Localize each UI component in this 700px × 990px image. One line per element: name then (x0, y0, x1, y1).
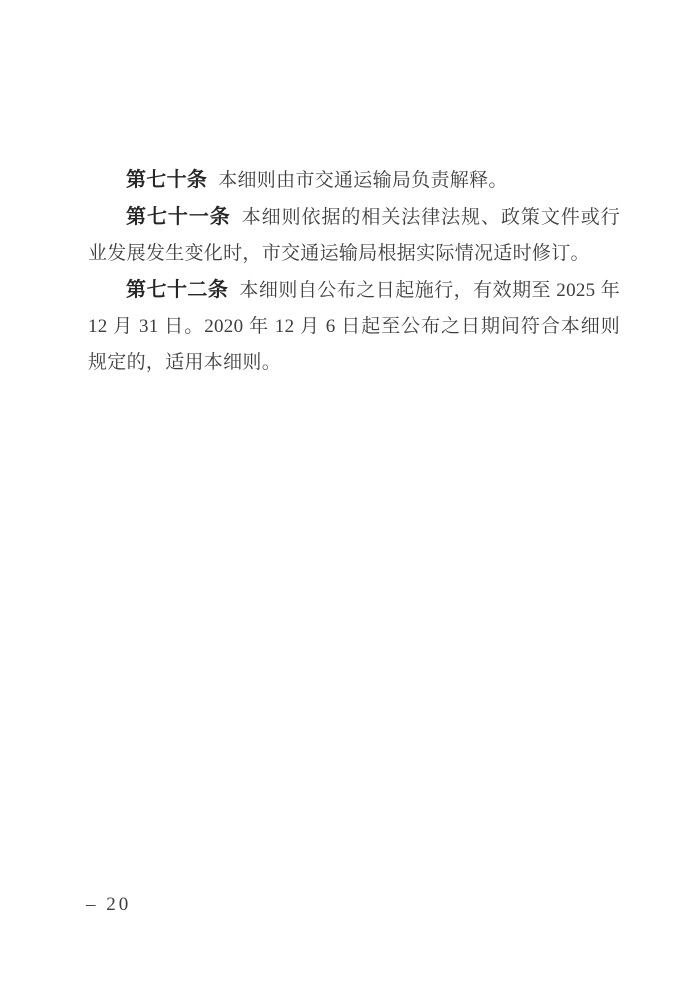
document-body: 第七十条本细则由市交通运输局负责解释。 第七十一条本细则依据的相关法律法规、政策… (88, 162, 620, 381)
article-72-paragraph: 第七十二条本细则自公布之日起施行，有效期至 2025 年 12 月 31 日。2… (88, 272, 620, 381)
page-number: – 20 (86, 893, 131, 917)
document-page: 第七十条本细则由市交通运输局负责解释。 第七十一条本细则依据的相关法律法规、政策… (0, 0, 700, 990)
article-70-text: 本细则由市交通运输局负责解释。 (218, 170, 508, 191)
article-71-number: 第七十一条 (126, 206, 231, 228)
article-70-paragraph: 第七十条本细则由市交通运输局负责解释。 (88, 162, 620, 199)
article-70-number: 第七十条 (126, 169, 207, 191)
article-71-paragraph: 第七十一条本细则依据的相关法律法规、政策文件或行业发展发生变化时，市交通运输局根… (88, 199, 620, 272)
article-72-number: 第七十二条 (126, 279, 228, 301)
